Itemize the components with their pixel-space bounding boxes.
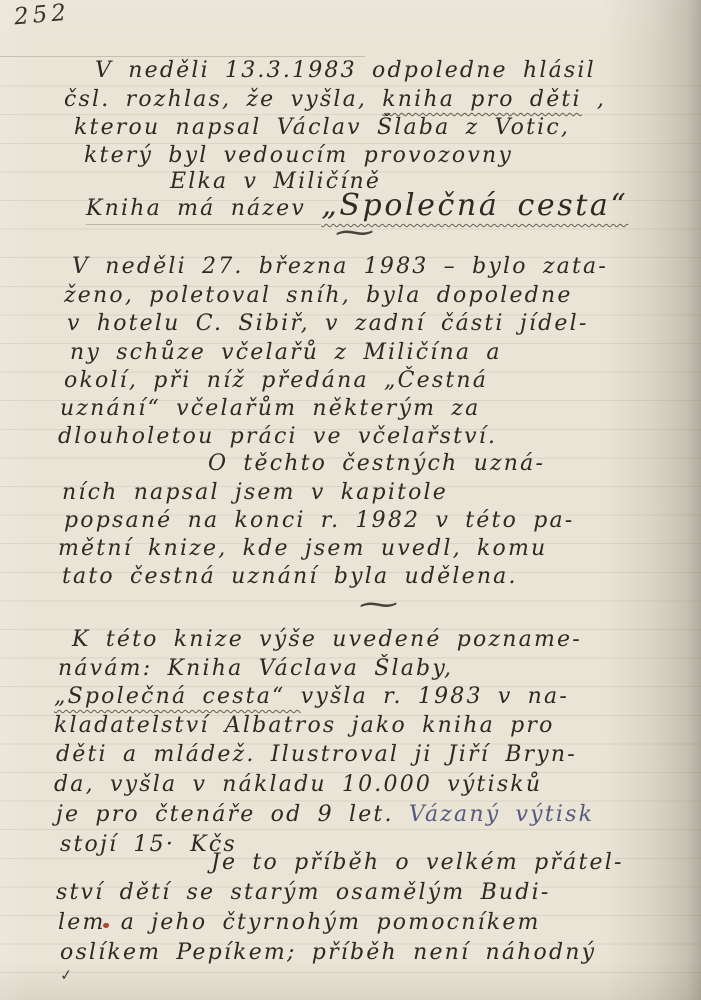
line-segment: čsl. rozhlas, že vyšla, <box>64 87 382 112</box>
manuscript-line: kterou napsal Václav Šlaba z Votic, <box>74 115 570 141</box>
manuscript-line: V neděli 13.3.1983 odpoledne hlásil <box>95 58 596 84</box>
notebook-page: 252 V neděli 13.3.1983 odpoledne hlásil … <box>0 0 701 1000</box>
manuscript-line: Je to příběh o velkém přátel- <box>211 850 624 876</box>
manuscript-line: „Společná cesta“ vyšla r. 1983 v na- <box>54 684 569 710</box>
manuscript-line: oslíkem Pepíkem; příběh není náhodný <box>60 940 596 966</box>
manuscript-line: da, vyšla v nákladu 10.000 výtisků <box>54 772 542 798</box>
manuscript-line: V neděli 27. března 1983 – bylo zata- <box>72 254 608 280</box>
tilde-separator: ~ <box>355 590 403 620</box>
manuscript-line: K této knize výše uvedené pozname- <box>72 627 582 653</box>
manuscript-line: tato čestná uznání byla udělena. <box>62 564 518 590</box>
blue-ink-phrase: Vázaný výtisk <box>409 802 594 827</box>
manuscript-line: O těchto čestných uzná- <box>208 451 545 477</box>
manuscript-line: je pro čtenáře od 9 let. Vázaný výtisk <box>56 802 594 828</box>
manuscript-line: lem a jeho čtyrnohým pomocníkem <box>58 910 541 936</box>
line-segment: je pro čtenáře od 9 let. <box>56 802 409 827</box>
manuscript-line: ství dětí se starým osamělým Budi- <box>56 880 550 906</box>
tilde-separator: ~ <box>331 218 379 248</box>
manuscript-line: návám: Kniha Václava Šlaby, <box>58 656 453 682</box>
underlined-phrase: kniha pro děti <box>382 87 581 112</box>
manuscript-line: který byl vedoucím provozovny <box>84 143 513 169</box>
manuscript-line: popsané na konci r. 1982 v této pa- <box>64 508 574 534</box>
line-segment: vyšla r. 1983 v na- <box>301 684 569 709</box>
manuscript-line: ženo, poletoval sníh, byla dopoledne <box>64 283 573 309</box>
book-title-mention: „Společná cesta“ <box>54 684 301 709</box>
manuscript-line: ny schůze včelařů z Miličína a <box>70 340 502 366</box>
line-segment: Kniha má název <box>86 196 321 225</box>
manuscript-line: dlouholetou práci ve včelařství. <box>58 424 497 450</box>
manuscript-line: kladatelství Albatros jako kniha pro <box>54 713 555 739</box>
line-segment: , <box>582 87 606 112</box>
manuscript-line: mětní knize, kde jsem uvedl, komu <box>58 536 547 562</box>
paper-crease <box>0 56 365 57</box>
check-mark: ✓ <box>59 965 73 984</box>
manuscript-line: čsl. rozhlas, že vyšla, kniha pro děti , <box>64 87 606 113</box>
page-number: 252 <box>13 0 71 30</box>
manuscript-line: okolí, při níž předána „Čestná <box>64 368 488 394</box>
manuscript-line: ních napsal jsem v kapitole <box>62 480 448 506</box>
manuscript-line: děti a mládež. Ilustroval ji Jiří Bryn- <box>56 742 577 768</box>
manuscript-line: uznání“ včelařům některým za <box>60 396 480 422</box>
manuscript-line: v hotelu C. Sibiř, v zadní části jídel- <box>67 311 588 337</box>
